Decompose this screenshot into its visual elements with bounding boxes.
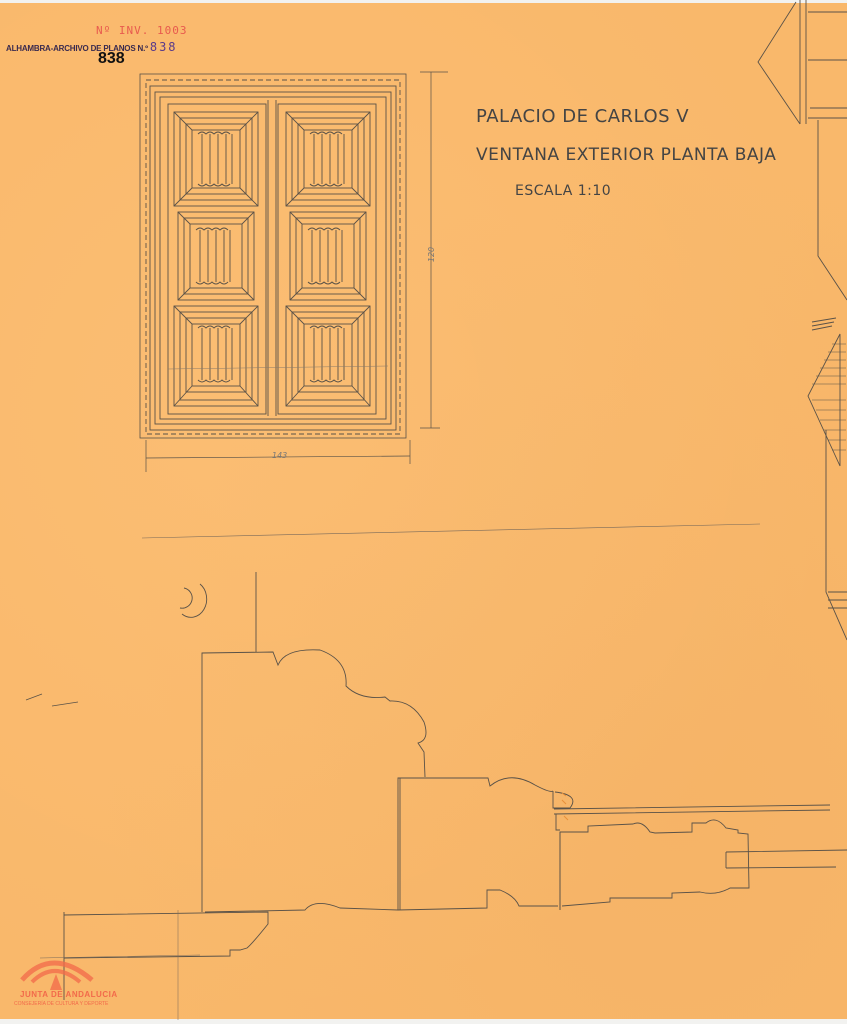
side-section-top bbox=[758, 0, 847, 640]
title-building: PALACIO DE CARLOS V bbox=[476, 106, 689, 127]
panel-right-bottom bbox=[286, 306, 370, 406]
panel-left-middle bbox=[178, 212, 254, 300]
inventory-stamp: Nº INV. 1003 bbox=[96, 24, 187, 37]
archive-label: ALHAMBRA-ARCHIVO DE PLANOS N.º bbox=[6, 44, 148, 53]
plan-number: 838 bbox=[98, 50, 125, 68]
pencil-marks bbox=[26, 694, 78, 706]
logo-subtitle: CONSEJERÍA DE CULTURA Y DEPORTE bbox=[14, 1001, 108, 1007]
plan-section bbox=[64, 572, 847, 1000]
panel-right-middle bbox=[290, 212, 366, 300]
logo-title: JUNTA DE ANDALUCIA bbox=[20, 990, 118, 999]
dimension-lines bbox=[146, 72, 448, 472]
archive-stamped-number: 838 bbox=[150, 40, 178, 54]
archive-stamp: ALHAMBRA-ARCHIVO DE PLANOS N.º 838 bbox=[6, 40, 178, 54]
height-dimension-label: 120 bbox=[427, 247, 436, 262]
title-subject: VENTANA EXTERIOR PLANTA BAJA bbox=[476, 145, 776, 165]
panel-right-top bbox=[286, 112, 370, 206]
window-elevation bbox=[140, 74, 406, 438]
panel-left-bottom bbox=[174, 306, 258, 406]
panel-left-top bbox=[174, 112, 258, 206]
title-scale: ESCALA 1:10 bbox=[515, 183, 611, 199]
width-dimension-label: 143 bbox=[272, 451, 287, 460]
separator-line bbox=[142, 524, 760, 538]
side-section-hatch bbox=[812, 344, 846, 450]
